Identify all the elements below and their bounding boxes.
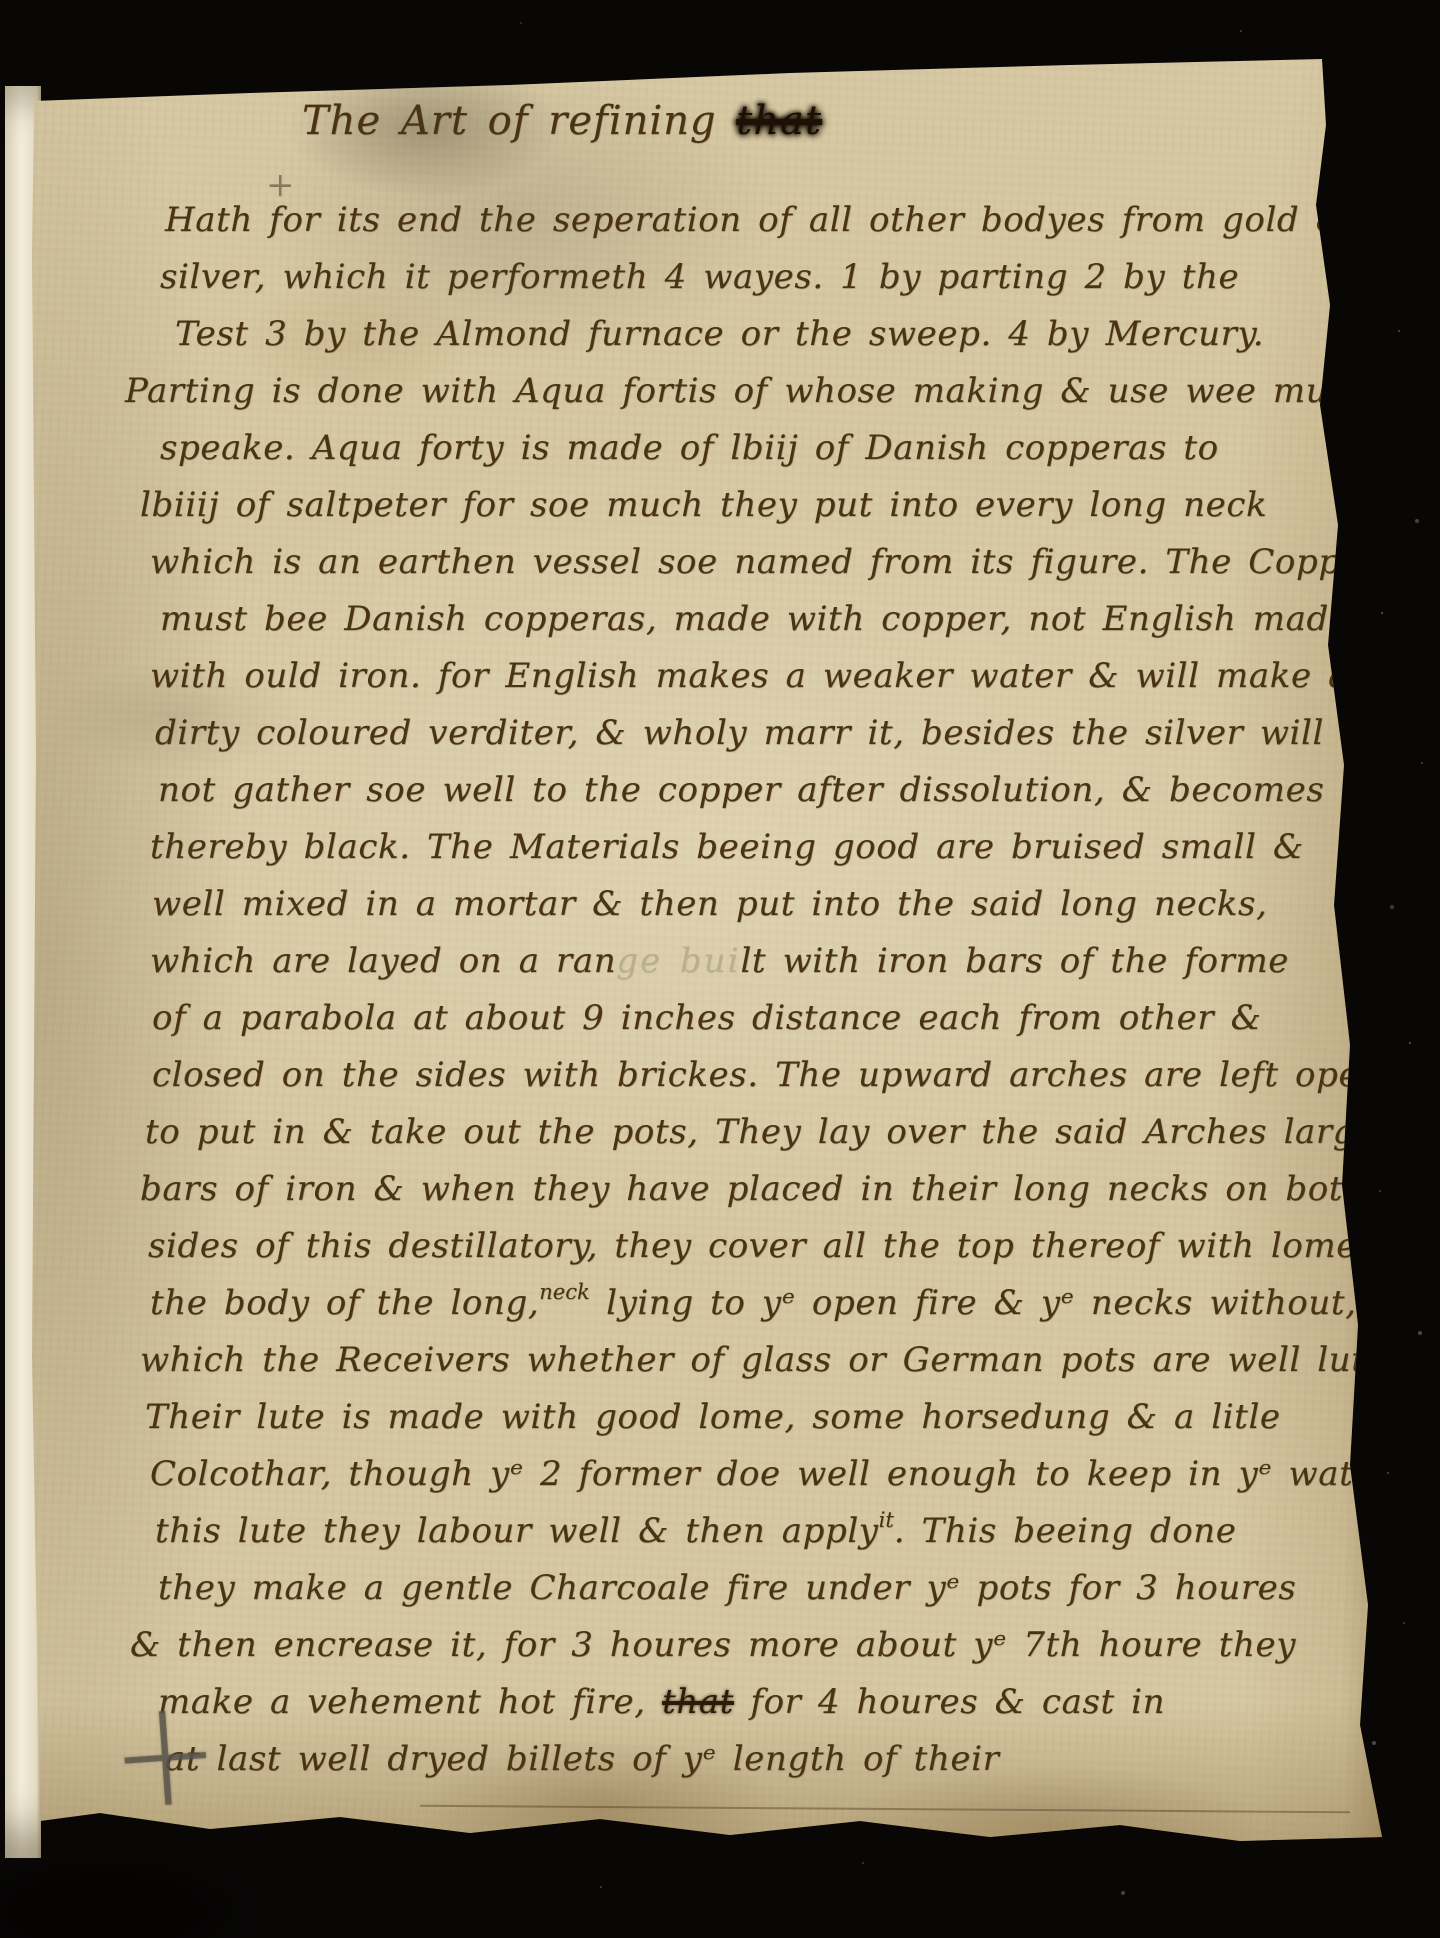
text-segment: must bee Danish copperas, made with copp… bbox=[160, 599, 1350, 639]
text-segment: for 4 houres & cast in bbox=[734, 1682, 1165, 1722]
text-segment: well mixed in a mortar & then put into t… bbox=[152, 884, 1267, 924]
text-segment: lt with iron bars of the forme bbox=[740, 941, 1289, 981]
text-segment: they make a gentle Charcoale fire under … bbox=[158, 1568, 1296, 1608]
text-segment: Their lute is made with good lome, some … bbox=[145, 1397, 1281, 1437]
text-segment-strike: that bbox=[662, 1682, 734, 1722]
text-segment: with ould iron. for English makes a weak… bbox=[150, 656, 1349, 696]
manuscript-line: the body of the long,neck lying to yᵉ op… bbox=[150, 1275, 1390, 1332]
text-segment: the body of the long, bbox=[150, 1283, 539, 1323]
text-segment: of a parabola at about 9 inches distance… bbox=[152, 998, 1261, 1038]
manuscript-line: with ould iron. for English makes a weak… bbox=[150, 648, 1390, 705]
manuscript-line: at last well dryed billets of yᵉ length … bbox=[165, 1731, 1390, 1788]
text-segment: . This beeing done bbox=[894, 1511, 1237, 1551]
text-segment: The Art of refining bbox=[302, 98, 736, 144]
manuscript-line: which the Receivers whether of glass or … bbox=[140, 1332, 1390, 1389]
text-segment: at last well dryed billets of yᵉ length … bbox=[165, 1739, 999, 1779]
manuscript-line: Their lute is made with good lome, some … bbox=[145, 1389, 1390, 1446]
text-segment: thereby black. The Materials beeing good… bbox=[150, 827, 1304, 867]
text-segment: & then encrease it, for 3 houres more ab… bbox=[130, 1625, 1296, 1665]
manuscript-line: Hath for its end the seperation of all o… bbox=[165, 192, 1390, 249]
text-segment-strike-blot: that bbox=[736, 98, 822, 144]
manuscript-line: Parting is done with Aqua fortis of whos… bbox=[125, 363, 1390, 420]
text-segment: lbiiij of saltpeter for soe much they pu… bbox=[140, 485, 1267, 525]
text-segment: Colcothar, though yᵉ 2 former doe well e… bbox=[150, 1454, 1391, 1494]
manuscript-line: thereby black. The Materials beeing good… bbox=[150, 819, 1390, 876]
text-segment: lying to yᵉ open fire & yᵉ necks without… bbox=[590, 1283, 1409, 1323]
text-segment: this lute they labour well & then apply bbox=[155, 1511, 879, 1551]
text-segment: to put in & take out the pots, They lay … bbox=[145, 1112, 1376, 1152]
text-block: Hath for its end the seperation of all o… bbox=[30, 192, 1390, 1788]
manuscript-line: well mixed in a mortar & then put into t… bbox=[152, 876, 1390, 933]
manuscript-line: speake. Aqua forty is made of lbiij of D… bbox=[160, 420, 1390, 477]
text-segment-faded: ge bui bbox=[616, 941, 740, 981]
text-segment: Hath for its end the seperation of all o… bbox=[165, 200, 1347, 240]
text-segment-sup: neck bbox=[539, 1280, 589, 1304]
manuscript-line: silver, which it performeth 4 wayes. 1 b… bbox=[160, 249, 1390, 306]
bottom-crease-line bbox=[420, 1805, 1350, 1813]
text-segment: bars of iron & when they have placed in … bbox=[140, 1169, 1366, 1209]
manuscript-line: sides of this destillatory, they cover a… bbox=[148, 1218, 1390, 1275]
scan-background: + The Art of refining that Hath for its … bbox=[0, 0, 1440, 1930]
manuscript-page: + The Art of refining that Hath for its … bbox=[30, 55, 1390, 1845]
manuscript-line: of a parabola at about 9 inches distance… bbox=[152, 990, 1390, 1047]
manuscript-line: lbiiij of saltpeter for soe much they pu… bbox=[140, 477, 1390, 534]
text-segment: Test 3 by the Almond furnace or the swee… bbox=[175, 314, 1264, 354]
text-segment: which are layed on a ran bbox=[150, 941, 616, 981]
text-segment: which the Receivers whether of glass or … bbox=[140, 1340, 1420, 1380]
manuscript-line: they make a gentle Charcoale fire under … bbox=[158, 1560, 1390, 1617]
manuscript-line: to put in & take out the pots, They lay … bbox=[145, 1104, 1390, 1161]
manuscript-line: closed on the sides with brickes. The up… bbox=[152, 1047, 1390, 1104]
manuscript-line: make a vehement hot fire, that for 4 hou… bbox=[158, 1674, 1390, 1731]
text-segment: sides of this destillatory, they cover a… bbox=[148, 1226, 1357, 1266]
manuscript-line: Colcothar, though yᵉ 2 former doe well e… bbox=[150, 1446, 1390, 1503]
manuscript-line: & then encrease it, for 3 houres more ab… bbox=[130, 1617, 1390, 1674]
manuscript-line: bars of iron & when they have placed in … bbox=[140, 1161, 1390, 1218]
manuscript-line: which is an earthen vessel soe named fro… bbox=[150, 534, 1390, 591]
pencil-cross-mark: + bbox=[105, 1680, 224, 1825]
manuscript-line: not gather soe well to the copper after … bbox=[158, 762, 1390, 819]
text-segment: silver, which it performeth 4 wayes. 1 b… bbox=[160, 257, 1239, 297]
text-segment: speake. Aqua forty is made of lbiij of D… bbox=[160, 428, 1219, 468]
text-segment: dirty coloured verditer, & wholy marr it… bbox=[155, 713, 1324, 753]
text-segment: make a vehement hot fire, bbox=[158, 1682, 662, 1722]
title-line: The Art of refining that bbox=[302, 98, 822, 144]
manuscript-line: which are layed on a range built with ir… bbox=[150, 933, 1390, 990]
bottom-left-shadow bbox=[0, 1848, 300, 1930]
text-segment: closed on the sides with brickes. The up… bbox=[152, 1055, 1382, 1095]
manuscript-line: dirty coloured verditer, & wholy marr it… bbox=[155, 705, 1390, 762]
manuscript-line: Test 3 by the Almond furnace or the swee… bbox=[175, 306, 1390, 363]
text-segment: not gather soe well to the copper after … bbox=[158, 770, 1324, 810]
manuscript-line: this lute they labour well & then applyi… bbox=[155, 1503, 1390, 1560]
dust-specks bbox=[0, 0, 2, 2]
text-segment-sup: it bbox=[879, 1508, 894, 1532]
manuscript-line: must bee Danish copperas, made with copp… bbox=[160, 591, 1390, 648]
text-segment: Parting is done with Aqua fortis of whos… bbox=[125, 371, 1361, 411]
text-segment: which is an earthen vessel soe named fro… bbox=[150, 542, 1417, 582]
